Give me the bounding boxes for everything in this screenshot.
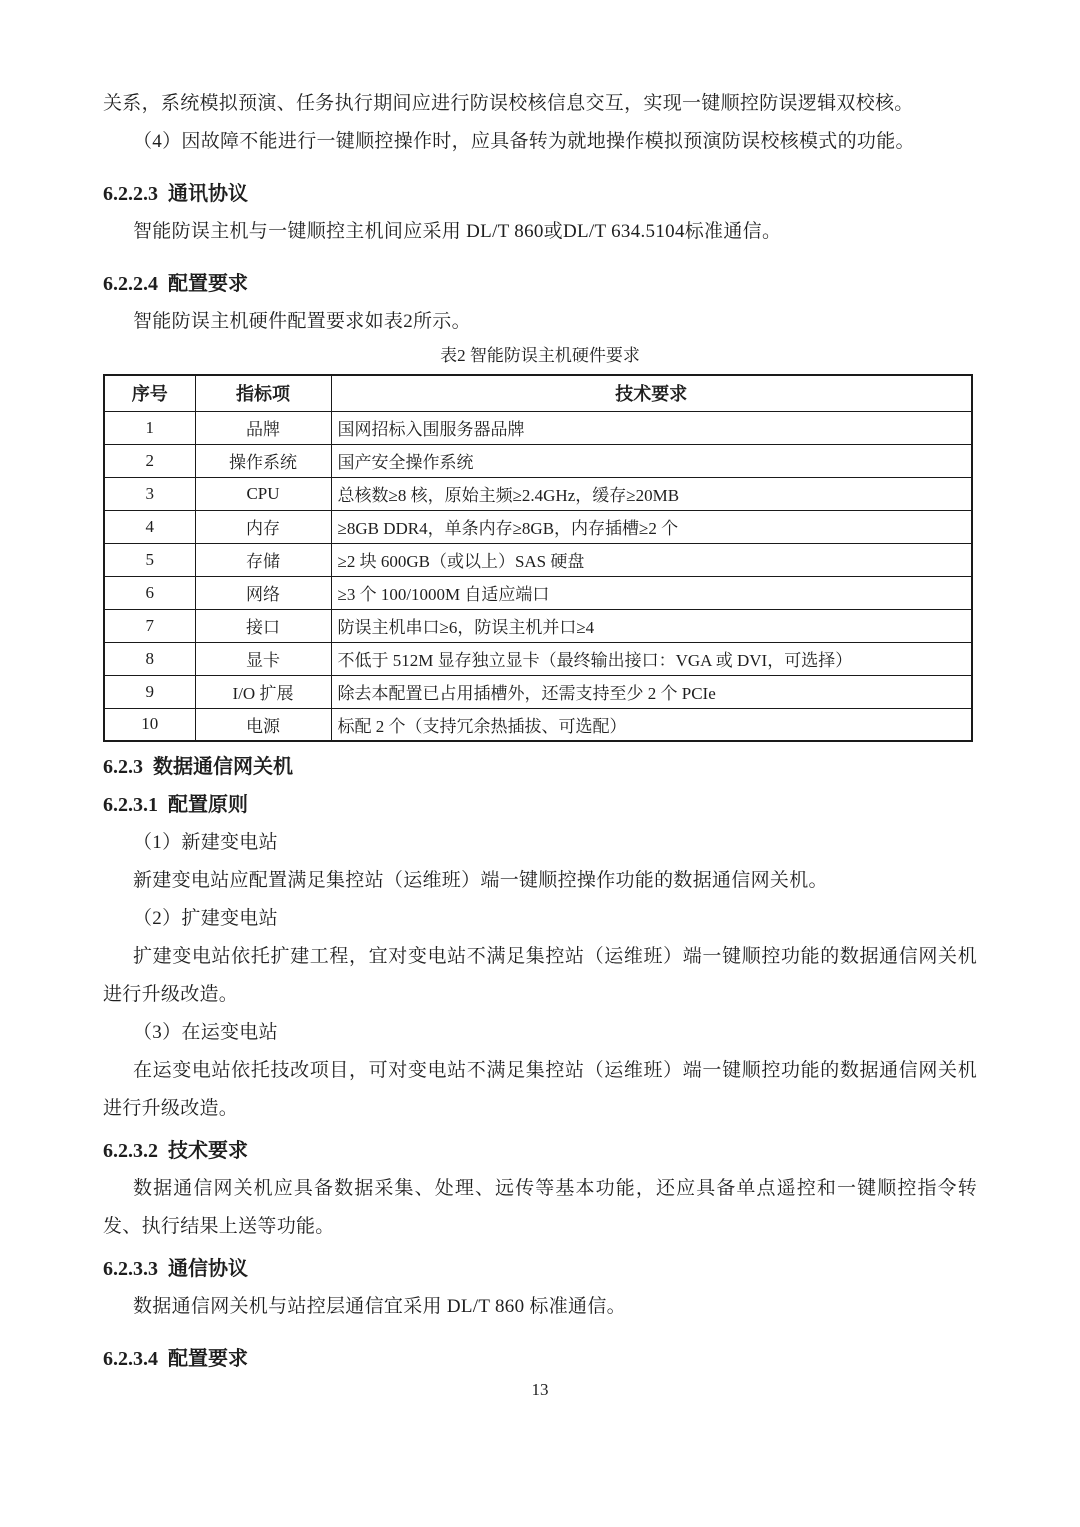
- heading-6-2-3-4: 6.2.3.4配置要求: [103, 1340, 977, 1378]
- indicator-name: 接口: [195, 609, 331, 642]
- paragraph-item4: （4）因故障不能进行一键顺控操作时，应具备转为就地操作模拟预演防误校核模式的功能…: [103, 123, 977, 161]
- row-index: 4: [104, 510, 195, 543]
- row-index: 5: [104, 543, 195, 576]
- technical-requirement: ≥3 个 100/1000M 自适应端口: [331, 576, 972, 609]
- table-row: 6网络≥3 个 100/1000M 自适应端口: [104, 576, 972, 609]
- indicator-name: 电源: [195, 708, 331, 741]
- document-page: 关系，系统模拟预演、任务执行期间应进行防误校核信息交互，实现一键顺控防误逻辑双校…: [0, 0, 1080, 1527]
- indicator-name: I/O 扩展: [195, 675, 331, 708]
- table-caption: 表2 智能防误主机硬件要求: [103, 341, 977, 371]
- heading-number: 6.2.3: [103, 756, 143, 778]
- heading-number: 6.2.2.3: [103, 183, 158, 205]
- table-row: 10电源标配 2 个（支持冗余热插拔、可选配）: [104, 708, 972, 741]
- indicator-name: 显卡: [195, 642, 331, 675]
- list-item-2-body: 扩建变电站依托扩建工程，宜对变电站不满足集控站（运维班）端一键顺控功能的数据通信…: [103, 938, 977, 1014]
- table-row: 8显卡不低于 512M 显存独立显卡（最终输出接口：VGA 或 DVI，可选择）: [104, 642, 972, 675]
- list-item-3-label: （3）在运变电站: [103, 1014, 977, 1052]
- row-index: 6: [104, 576, 195, 609]
- row-index: 3: [104, 477, 195, 510]
- column-header-requirement: 技术要求: [331, 375, 972, 411]
- paragraph-6-2-3-2: 数据通信网关机应具备数据采集、处理、远传等基本功能，还应具备单点遥控和一键顺控指…: [103, 1170, 977, 1246]
- paragraph-6-2-3-3: 数据通信网关机与站控层通信宜采用 DL/T 860 标准通信。: [103, 1288, 977, 1326]
- row-index: 1: [104, 411, 195, 444]
- indicator-name: 操作系统: [195, 444, 331, 477]
- technical-requirement: 总核数≥8 核，原始主频≥2.4GHz，缓存≥20MB: [331, 477, 972, 510]
- technical-requirement: 国产安全操作系统: [331, 444, 972, 477]
- indicator-name: 品牌: [195, 411, 331, 444]
- table-row: 3CPU总核数≥8 核，原始主频≥2.4GHz，缓存≥20MB: [104, 477, 972, 510]
- technical-requirement: 防误主机串口≥6，防误主机并口≥4: [331, 609, 972, 642]
- table-row: 5存储≥2 块 600GB（或以上）SAS 硬盘: [104, 543, 972, 576]
- indicator-name: 网络: [195, 576, 331, 609]
- table-row: 9I/O 扩展除去本配置已占用插槽外，还需支持至少 2 个 PCIe: [104, 675, 972, 708]
- row-index: 2: [104, 444, 195, 477]
- hardware-requirements-table: 序号 指标项 技术要求 1品牌国网招标入围服务器品牌2操作系统国产安全操作系统3…: [103, 374, 973, 742]
- list-item-2-label: （2）扩建变电站: [103, 900, 977, 938]
- heading-number: 6.2.2.4: [103, 273, 158, 295]
- list-item-3-body: 在运变电站依托技改项目，可对变电站不满足集控站（运维班）端一键顺控功能的数据通信…: [103, 1052, 977, 1128]
- heading-6-2-3-3: 6.2.3.3通信协议: [103, 1250, 977, 1288]
- heading-title: 技术要求: [168, 1140, 248, 1162]
- indicator-name: 内存: [195, 510, 331, 543]
- heading-number: 6.2.3.1: [103, 794, 158, 816]
- heading-6-2-2-3: 6.2.2.3通讯协议: [103, 175, 977, 213]
- row-index: 9: [104, 675, 195, 708]
- table-header-row: 序号 指标项 技术要求: [104, 375, 972, 411]
- heading-6-2-2-4: 6.2.2.4配置要求: [103, 265, 977, 303]
- heading-title: 通讯协议: [168, 183, 248, 205]
- paragraph-6-2-2-4: 智能防误主机硬件配置要求如表2所示。: [103, 303, 977, 341]
- column-header-index: 序号: [104, 375, 195, 411]
- paragraph-continuation: 关系，系统模拟预演、任务执行期间应进行防误校核信息交互，实现一键顺控防误逻辑双校…: [103, 85, 977, 123]
- technical-requirement: ≥8GB DDR4，单条内存≥8GB，内存插槽≥2 个: [331, 510, 972, 543]
- indicator-name: CPU: [195, 477, 331, 510]
- heading-number: 6.2.3.4: [103, 1348, 158, 1370]
- heading-6-2-3-2: 6.2.3.2技术要求: [103, 1132, 977, 1170]
- table-header: 序号 指标项 技术要求: [104, 375, 972, 411]
- list-item-1-label: （1）新建变电站: [103, 824, 977, 862]
- heading-title: 数据通信网关机: [153, 756, 293, 778]
- heading-6-2-3: 6.2.3数据通信网关机: [103, 748, 977, 786]
- heading-6-2-3-1: 6.2.3.1配置原则: [103, 786, 977, 824]
- column-header-indicator: 指标项: [195, 375, 331, 411]
- row-index: 7: [104, 609, 195, 642]
- page-number: 13: [0, 1378, 1080, 1402]
- row-index: 8: [104, 642, 195, 675]
- technical-requirement: ≥2 块 600GB（或以上）SAS 硬盘: [331, 543, 972, 576]
- heading-title: 通信协议: [168, 1258, 248, 1280]
- technical-requirement: 标配 2 个（支持冗余热插拔、可选配）: [331, 708, 972, 741]
- heading-title: 配置要求: [168, 1348, 248, 1370]
- technical-requirement: 国网招标入围服务器品牌: [331, 411, 972, 444]
- row-index: 10: [104, 708, 195, 741]
- heading-title: 配置要求: [168, 273, 248, 295]
- technical-requirement: 除去本配置已占用插槽外，还需支持至少 2 个 PCIe: [331, 675, 972, 708]
- list-item-1-body: 新建变电站应配置满足集控站（运维班）端一键顺控操作功能的数据通信网关机。: [103, 862, 977, 900]
- technical-requirement: 不低于 512M 显存独立显卡（最终输出接口：VGA 或 DVI，可选择）: [331, 642, 972, 675]
- table-row: 7接口防误主机串口≥6，防误主机并口≥4: [104, 609, 972, 642]
- indicator-name: 存储: [195, 543, 331, 576]
- heading-number: 6.2.3.3: [103, 1258, 158, 1280]
- table-row: 1品牌国网招标入围服务器品牌: [104, 411, 972, 444]
- table-row: 2操作系统国产安全操作系统: [104, 444, 972, 477]
- hardware-table-body: 1品牌国网招标入围服务器品牌2操作系统国产安全操作系统3CPU总核数≥8 核，原…: [104, 411, 972, 741]
- heading-title: 配置原则: [168, 794, 248, 816]
- heading-number: 6.2.3.2: [103, 1140, 158, 1162]
- paragraph-6-2-2-3: 智能防误主机与一键顺控主机间应采用 DL/T 860或DL/T 634.5104…: [103, 213, 977, 251]
- table-row: 4内存≥8GB DDR4，单条内存≥8GB，内存插槽≥2 个: [104, 510, 972, 543]
